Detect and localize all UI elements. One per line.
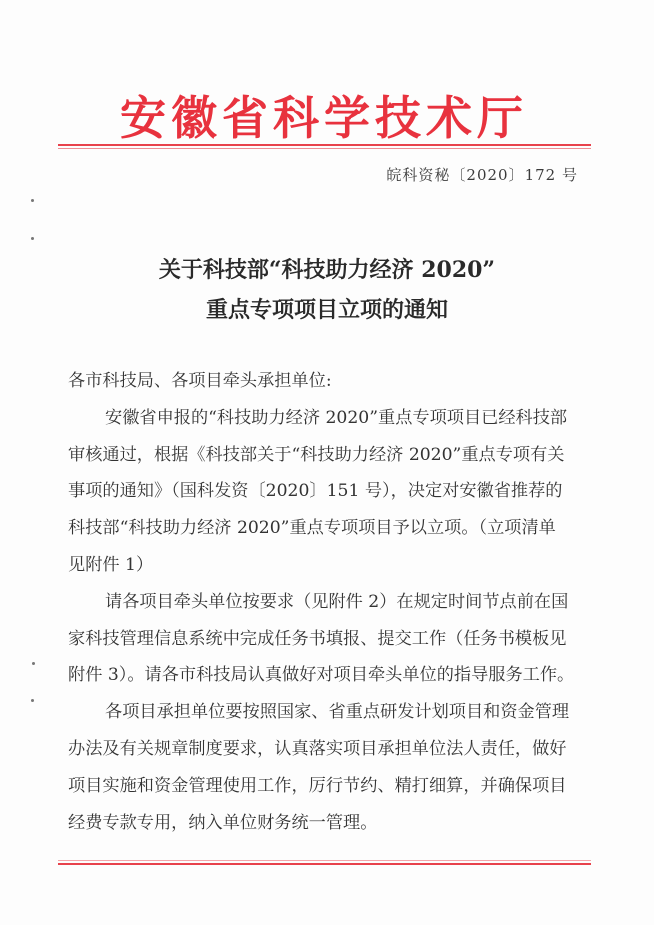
paragraph-1-line: 审核通过，根据《科技部关于“科技助力经济 2020”重点专项有关 — [68, 437, 588, 474]
paragraph-3-line: 经费专款专用，纳入单位财务统一管理。 — [68, 805, 588, 842]
letterhead-rule-thin — [58, 148, 591, 149]
document-title-line-1: 关于科技部“科技助力经济 2020” — [0, 255, 654, 285]
document-body: 各市科技局、各项目牵头承担单位: 安徽省申报的“科技助力经济 2020”重点专项… — [68, 363, 588, 841]
salutation: 各市科技局、各项目牵头承担单位: — [68, 363, 588, 400]
binding-hole-mark — [31, 699, 34, 702]
paragraph-2-line: 附件 3）。请各市科技局认真做好对项目牵头单位的指导服务工作。 — [68, 657, 588, 694]
document-page: 安徽省科学技术厅 皖科资秘〔2020〕172 号 关于科技部“科技助力经济 20… — [0, 0, 654, 925]
paragraph-3-line: 各项目承担单位要按照国家、省重点研发计划项目和资金管理 — [68, 694, 588, 731]
paragraph-2-line: 请各项目牵头单位按要求（见附件 2）在规定时间节点前在国 — [68, 584, 588, 621]
paragraph-2-line: 家科技管理信息系统中完成任务书填报、提交工作（任务书模板见 — [68, 621, 588, 658]
document-number: 皖科资秘〔2020〕172 号 — [386, 164, 578, 186]
document-title-line-2: 重点专项项目立项的通知 — [0, 295, 654, 325]
paragraph-1-line: 见附件 1） — [68, 547, 588, 584]
footer-rule-thin — [58, 860, 591, 861]
agency-letterhead: 安徽省科学技术厅 — [58, 92, 590, 144]
paragraph-3-line: 项目实施和资金管理使用工作，厉行节约、精打细算，并确保项目 — [68, 768, 588, 805]
binding-hole-mark — [32, 662, 35, 665]
binding-hole-mark — [31, 199, 34, 202]
paragraph-1-line: 事项的通知》（国科发资〔2020〕151 号），决定对安徽省推荐的 — [68, 473, 588, 510]
letterhead-rule-thick — [58, 144, 591, 146]
footer-rule-thick — [58, 863, 591, 865]
paragraph-1-line: 科技部“科技助力经济 2020”重点专项项目予以立项。（立项清单 — [68, 510, 588, 547]
binding-hole-mark — [31, 237, 34, 240]
paragraph-1-line: 安徽省申报的“科技助力经济 2020”重点专项项目已经科技部 — [68, 400, 588, 437]
paragraph-3-line: 办法及有关规章制度要求，认真落实项目承担单位法人责任，做好 — [68, 731, 588, 768]
